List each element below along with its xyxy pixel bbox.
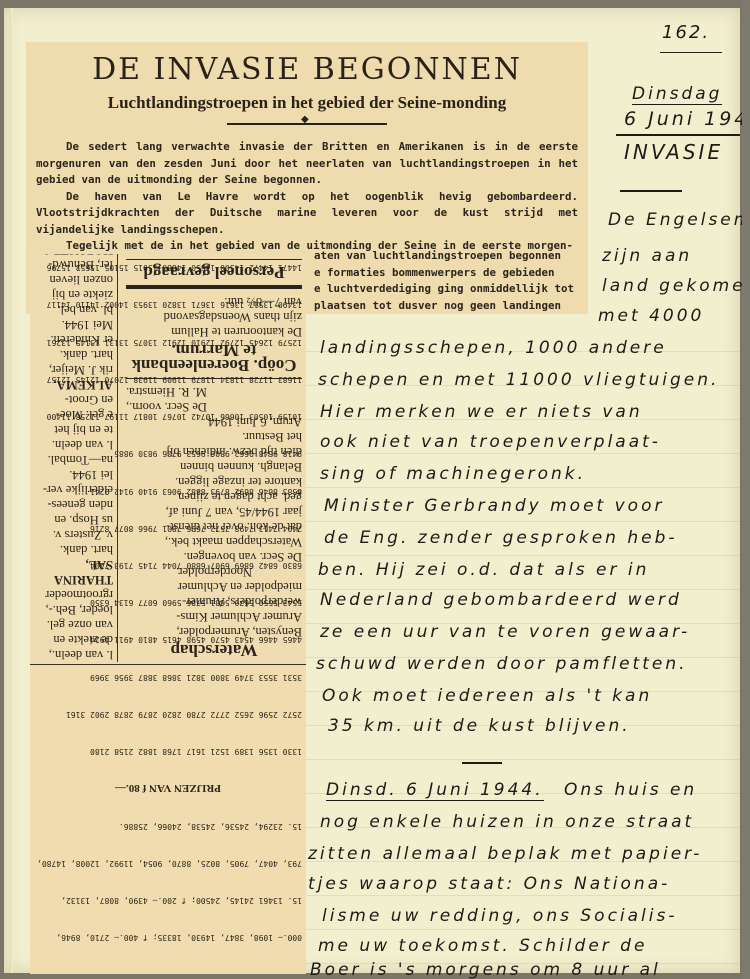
second-entry-date: Dinsd. 6 Juni 1944. xyxy=(326,780,544,801)
notice-line: hart. dank. xyxy=(30,542,113,557)
notice-line: hart. dank. xyxy=(30,347,113,362)
diary-line: de Eng. zender gesproken heb- xyxy=(324,528,678,548)
notice-line: er Kinderen. xyxy=(30,332,113,347)
notice-line: Waterschappen maakt bek., xyxy=(126,534,302,549)
notice-line: van onze gel. xyxy=(30,617,113,632)
notice-line: loeder, Beh.-, xyxy=(30,602,113,617)
notice-line: jaar 1944/45, van 7 Juni af, xyxy=(126,504,302,519)
notice-line: zijn thans Woensdagsavond xyxy=(126,309,302,324)
notice-line: dien tijd bezw. indienen bij xyxy=(126,444,302,459)
page-number: 162. xyxy=(662,22,710,43)
notice-line: de ziekte en xyxy=(30,632,113,647)
notice-line: De kantooruren te Hallum xyxy=(126,324,302,339)
paragraph: De sedert lang verwachte invasie der Bri… xyxy=(36,139,578,189)
notices-column-b: l. van deeln., de ziekte en van onze gel… xyxy=(30,254,118,662)
notice-line: nden genees- xyxy=(30,497,113,512)
diary-line: tjes waarop staat: Ons Nationa- xyxy=(308,874,670,894)
notices-area: Waterschap Benysten, Arumerpolder, Arume… xyxy=(30,254,306,662)
diary-line: Boer is 's morgens om 8 uur al xyxy=(310,960,661,979)
diary-line: schepen en met 11000 vliegtuigen. xyxy=(318,370,719,390)
continuation-line: plaatsen tot dusver nog geen landingen xyxy=(314,298,584,315)
diary-line: ook niet van troepenverplaat- xyxy=(320,432,661,452)
prize-line: 15. 23294, 24536, 24538, 24066, 25886. xyxy=(34,819,302,831)
diary-line: Minister Gerbrandy moet voor xyxy=(324,496,664,516)
notice-line: werderpolders, Arumer- xyxy=(126,594,302,609)
prize-line: 793, 4047, 7905, 8025, 8870, 9054, 11992… xyxy=(34,856,302,868)
diary-line: met 4000 xyxy=(598,306,704,326)
notice-line: te en bij het xyxy=(30,422,113,437)
section-title-bank: Coöp. Boerenleenbank te Marrum. xyxy=(126,343,302,373)
notice-line: e gel. Moe- xyxy=(30,407,113,422)
subheadline: Luchtlandingstroepen in het gebied der S… xyxy=(26,93,588,113)
notice-line: Noorderpolder. xyxy=(126,564,302,579)
notice-line: rgrootmoeder xyxy=(30,587,113,602)
divider-stroke xyxy=(620,190,682,192)
notice-line: SAL, xyxy=(30,557,113,572)
prize-row: 3531 3553 3749 3800 3821 3868 3887 3956 … xyxy=(34,670,302,682)
diary-line: De Engelsen xyxy=(608,210,748,230)
notice-line: Arum, 6 Juni 1944. xyxy=(126,414,302,429)
article-body: De sedert lang verwachte invasie der Bri… xyxy=(26,139,588,255)
divider-thick xyxy=(126,285,302,289)
notice-line: miedpolder en Achlumer xyxy=(126,579,302,594)
diary-line: ben. Hij zei o.d. dat als er in xyxy=(318,560,649,580)
entry-title: INVASIE xyxy=(624,140,723,164)
diary-line: Ook moet iedereen als 't kan xyxy=(322,686,652,706)
notices-column-a: Waterschap Benysten, Arumerpolder, Arume… xyxy=(122,254,306,662)
diary-line: nog enkele huizen in onze straat xyxy=(320,812,694,832)
diary-line: zitten allemaal beplak met papier- xyxy=(308,844,702,864)
article-continuation: aten van luchtlandingstroepen begonnen e… xyxy=(314,248,584,314)
section-title-personeel: Personeel gevraagd xyxy=(126,265,302,280)
notice-line: rik J. Meijer, xyxy=(30,362,113,377)
notice-line: v. Zusters v. xyxy=(30,527,113,542)
scrapbook-page: DE INVASIE BEGONNEN Luchtlandingstroepen… xyxy=(4,8,740,973)
prize-line: 000.— 1098, 3847, 14930, 18335; f 400.— … xyxy=(34,931,302,943)
diary-line: Ons huis en xyxy=(564,780,697,800)
page-edge xyxy=(742,0,750,979)
notice-line: na—Tombal. xyxy=(30,452,113,467)
upside-down-clipping: 000.— 1098, 3847, 14930, 18335; f 400.— … xyxy=(30,254,306,974)
notice-line: us Hosp. en xyxy=(30,512,113,527)
diary-line: lisme uw redding, ons Socialis- xyxy=(322,906,678,926)
notice-line: De Secr. voorn., xyxy=(126,399,302,414)
notice-line: l. van deeln. xyxy=(30,437,113,452)
section-title-waterschap: Waterschap xyxy=(126,643,302,658)
diary-line: land gekomen xyxy=(602,276,750,296)
entry-day: Dinsdag xyxy=(632,84,722,105)
notice-line: lei 1944. xyxy=(30,467,113,482)
prize-row: 2572 2596 2652 2772 2780 2820 2879 2878 … xyxy=(34,707,302,719)
page-number-rule xyxy=(660,52,722,53)
diary-line: zijn aan xyxy=(602,246,692,266)
entry-date: 6 Juni 1944 xyxy=(624,108,750,130)
notice-line: en Groot- xyxy=(30,392,113,407)
diary-line: me uw toekomst. Schilder de xyxy=(318,936,647,956)
notice-line: onzen lieven xyxy=(30,272,113,287)
notice-line: ged. acht dagen te zijnen xyxy=(126,489,302,504)
notice-line: van 7—8½ uur. xyxy=(126,294,302,309)
diary-line: ze een uur van te voren gewaar- xyxy=(320,622,690,642)
notice-line: Mei 1944. xyxy=(30,317,113,332)
date-underline xyxy=(616,134,740,136)
prize-title: PRIJZEN VAN f 80.— xyxy=(34,782,302,794)
notice-line: ler, Behuwd- xyxy=(30,257,113,272)
notice-line: het Bestuur. xyxy=(126,429,302,444)
notice-line: dat de koh. over het dienst- xyxy=(126,519,302,534)
notice-line: M. R. Hiemstra. xyxy=(126,384,302,399)
notice-line: bl. van bel. xyxy=(30,302,113,317)
divider xyxy=(126,259,302,260)
diary-line: Nederland gebombardeerd werd xyxy=(320,590,682,610)
notice-line: HORNSTRA, xyxy=(30,254,113,257)
notice-line: elderlijke ver- xyxy=(30,482,113,497)
notice-line: De Secr. van bovengen. xyxy=(126,549,302,564)
diary-line: landingsschepen, 1000 andere xyxy=(320,338,667,358)
notice-line: Arumer Achlumer Kims- xyxy=(126,609,302,624)
notice-line: ziekte en bij xyxy=(30,287,113,302)
notice-line: THARINA xyxy=(30,572,113,587)
continuation-line: e formaties bommenwerpers de gebieden xyxy=(314,265,584,282)
continuation-line: aten van luchtlandingstroepen begonnen xyxy=(314,248,584,265)
notice-line: l. van deeln., xyxy=(30,647,113,662)
diary-line: sing of machinegeronk. xyxy=(320,464,586,484)
diary-line: 35 km. uit de kust blijven. xyxy=(328,716,631,736)
continuation-line: e luchtverdediging ging onmiddellijk tot xyxy=(314,281,584,298)
prize-number-table: 000.— 1098, 3847, 14930, 18335; f 400.— … xyxy=(30,664,306,974)
ornament-divider xyxy=(227,119,387,129)
divider xyxy=(126,378,302,379)
prize-row: 1330 1356 1389 1521 1617 1768 1882 2158 … xyxy=(34,745,302,757)
headline: DE INVASIE BEGONNEN xyxy=(26,52,588,87)
notice-line: kantore ter inzage liggen. xyxy=(126,474,302,489)
diary-line: Hier merken we er niets van xyxy=(320,402,643,422)
notice-line: ALKEMA, xyxy=(30,377,113,392)
notice-line: Belangh. kunnen binnen xyxy=(126,459,302,474)
diary-line: schuwd werden door pamfletten. xyxy=(316,654,688,674)
divider-stroke xyxy=(462,762,502,764)
notice-line: Benysten, Arumerpolder, xyxy=(126,624,302,639)
prize-line: 15. 13461 24145, 24500; f 200.— 4390, 80… xyxy=(34,894,302,906)
paragraph: De haven van Le Havre wordt op het oogen… xyxy=(36,189,578,239)
